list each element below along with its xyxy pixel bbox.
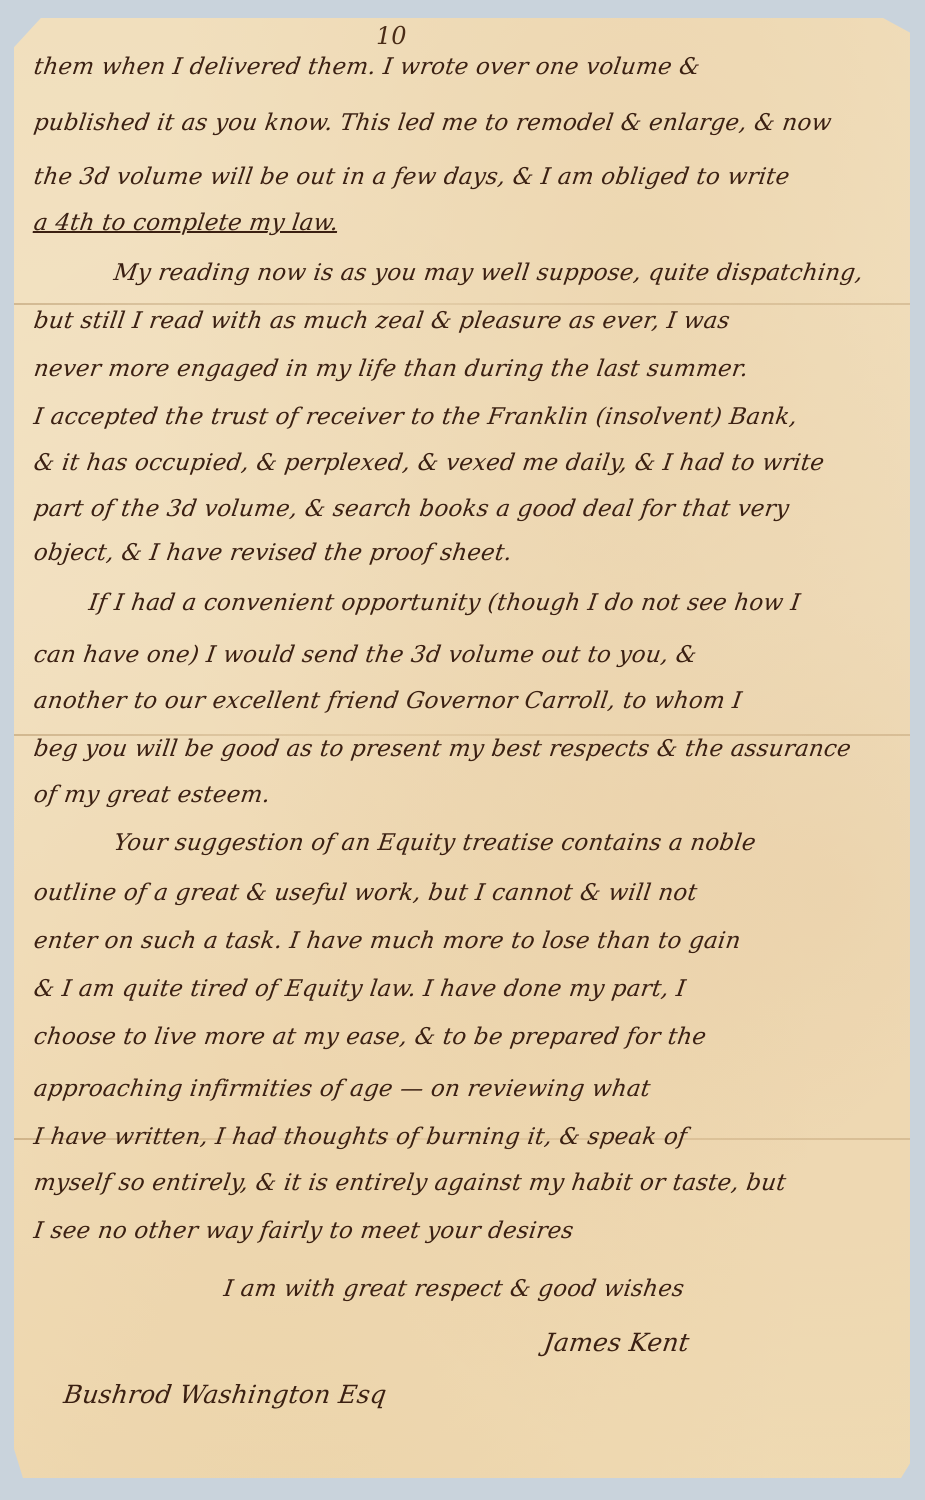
text-line: I accepted the trust of receiver to the … <box>32 404 799 430</box>
text-line: I see no other way fairly to meet your d… <box>32 1218 575 1244</box>
signature: James Kent <box>542 1328 691 1357</box>
text-line: never more engaged in my life than durin… <box>32 356 750 382</box>
text-line: enter on such a task. I have much more t… <box>32 928 742 954</box>
text-line: object, & I have revised the proof sheet… <box>32 540 514 566</box>
text-line: part of the 3d volume, & search books a … <box>32 496 791 522</box>
text-line: a 4th to complete my law. <box>32 210 340 236</box>
text-line: If I had a convenient opportunity (thoug… <box>87 590 802 616</box>
text-line: I have written, I had thoughts of burnin… <box>32 1124 689 1150</box>
text-line: the 3d volume will be out in a few days,… <box>32 164 791 190</box>
letter-sheet: 10 them when I delivered them. I wrote o… <box>14 18 910 1478</box>
text-line: & it has occupied, & perplexed, & vexed … <box>32 450 826 476</box>
text-line: Your suggestion of an Equity treatise co… <box>112 830 757 856</box>
text-line: another to our excellent friend Governor… <box>32 688 743 714</box>
text-line: myself so entirely, & it is entirely aga… <box>32 1170 788 1196</box>
closing-line: I am with great respect & good wishes <box>222 1276 686 1302</box>
text-line: of my great esteem. <box>32 782 272 808</box>
text-line: beg you will be good as to present my be… <box>32 736 853 762</box>
text-line: them when I delivered them. I wrote over… <box>32 54 702 80</box>
text-line: can have one) I would send the 3d volume… <box>32 642 698 668</box>
addressee: Bushrod Washington Esq <box>62 1380 389 1409</box>
text-line: but still I read with as much zeal & ple… <box>32 308 731 334</box>
page-number: 10 <box>376 22 407 50</box>
text-line: approaching infirmities of age — on revi… <box>32 1076 652 1102</box>
text-line: My reading now is as you may well suppos… <box>112 260 864 286</box>
fold-crease <box>14 303 910 305</box>
text-line: outline of a great & useful work, but I … <box>32 880 699 906</box>
text-line: published it as you know. This led me to… <box>32 110 833 136</box>
text-line: & I am quite tired of Equity law. I have… <box>32 976 687 1002</box>
text-line: choose to live more at my ease, & to be … <box>32 1024 708 1050</box>
